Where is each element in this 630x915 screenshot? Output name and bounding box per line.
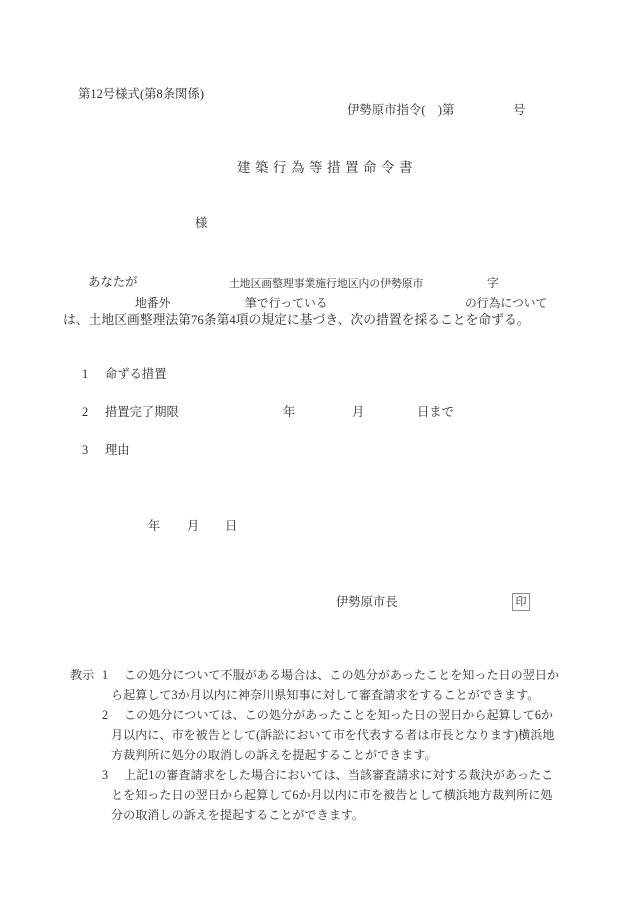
body-intro: あなたが [88,275,138,290]
seal-mark: 印 [512,593,530,611]
mayor-signature-label: 伊勢原市長 [336,595,398,610]
date-year-label: 年 [148,519,160,534]
item-2-number: 2 [82,405,88,420]
date-month-label: 月 [187,519,199,534]
notice-item-2-number: 2 [102,708,108,723]
body-parcel-label: 筆で行っている [245,296,328,311]
notice-line-6: 上記1の審査請求をした場合においては、当該審査請求に対する裁決があったこ [124,768,553,783]
item-2-month-label: 月 [352,405,364,420]
addressee-honorific: 様 [195,216,207,231]
body-lot-label: 地番外 [135,296,170,311]
item-1-number: 1 [82,367,88,382]
date-day-label: 日 [225,519,237,534]
item-3-label: 理由 [105,443,130,458]
item-1-label: 命ずる措置 [105,367,167,382]
order-document-page: 第12号様式(第8条関係) 伊勢原市指令( )第 号 建築行為等措置命令書 様 … [0,0,630,915]
notice-line-7: とを知った日の翌日から起算して6か月以内に市を被告として横浜地方裁判所に処 [111,788,552,803]
body-order-sentence: は、土地区画整理法第76条第4項の規定に基づき、次の措置を採ることを命ずる。 [63,313,530,328]
form-number: 第12号様式(第8条関係) [78,87,204,102]
document-title: 建築行為等措置命令書 [237,160,417,175]
body-conduct-label: の行為について [465,296,547,311]
notice-item-1-number: 1 [102,668,108,683]
notice-line-3: この処分については、この処分があったことを知った日の翌日から起算して6か [124,708,553,723]
body-aza-label: 字 [487,276,499,291]
notice-item-3-number: 3 [102,768,108,783]
notice-label: 教示 [70,668,94,683]
notice-line-2: ら起算して3か月以内に神奈川県知事に対して審査請求をすることができます。 [111,688,539,703]
notice-line-5: 方裁判所に処分の取消しの訴えを提起することができます。 [111,748,437,763]
body-district: 土地区画整理事業施行地区内の伊勢原市 [229,277,423,292]
notice-line-1: この処分について不服がある場合は、この処分があったことを知った日の翌日か [124,668,559,683]
notice-line-8: 分の取消しの訴えを提起することができます。 [111,808,364,823]
directive-number-suffix: 号 [513,103,525,118]
item-3-number: 3 [82,443,88,458]
item-2-label: 措置完了期限 [105,405,179,420]
notice-line-4: 月以内に、市を被告として(訴訟において市を代表する者は市長となります)横浜地 [111,728,554,743]
item-2-day-label: 日まで [417,405,454,420]
directive-number-prefix: 伊勢原市指令( )第 [347,103,454,118]
item-2-year-label: 年 [283,405,295,420]
